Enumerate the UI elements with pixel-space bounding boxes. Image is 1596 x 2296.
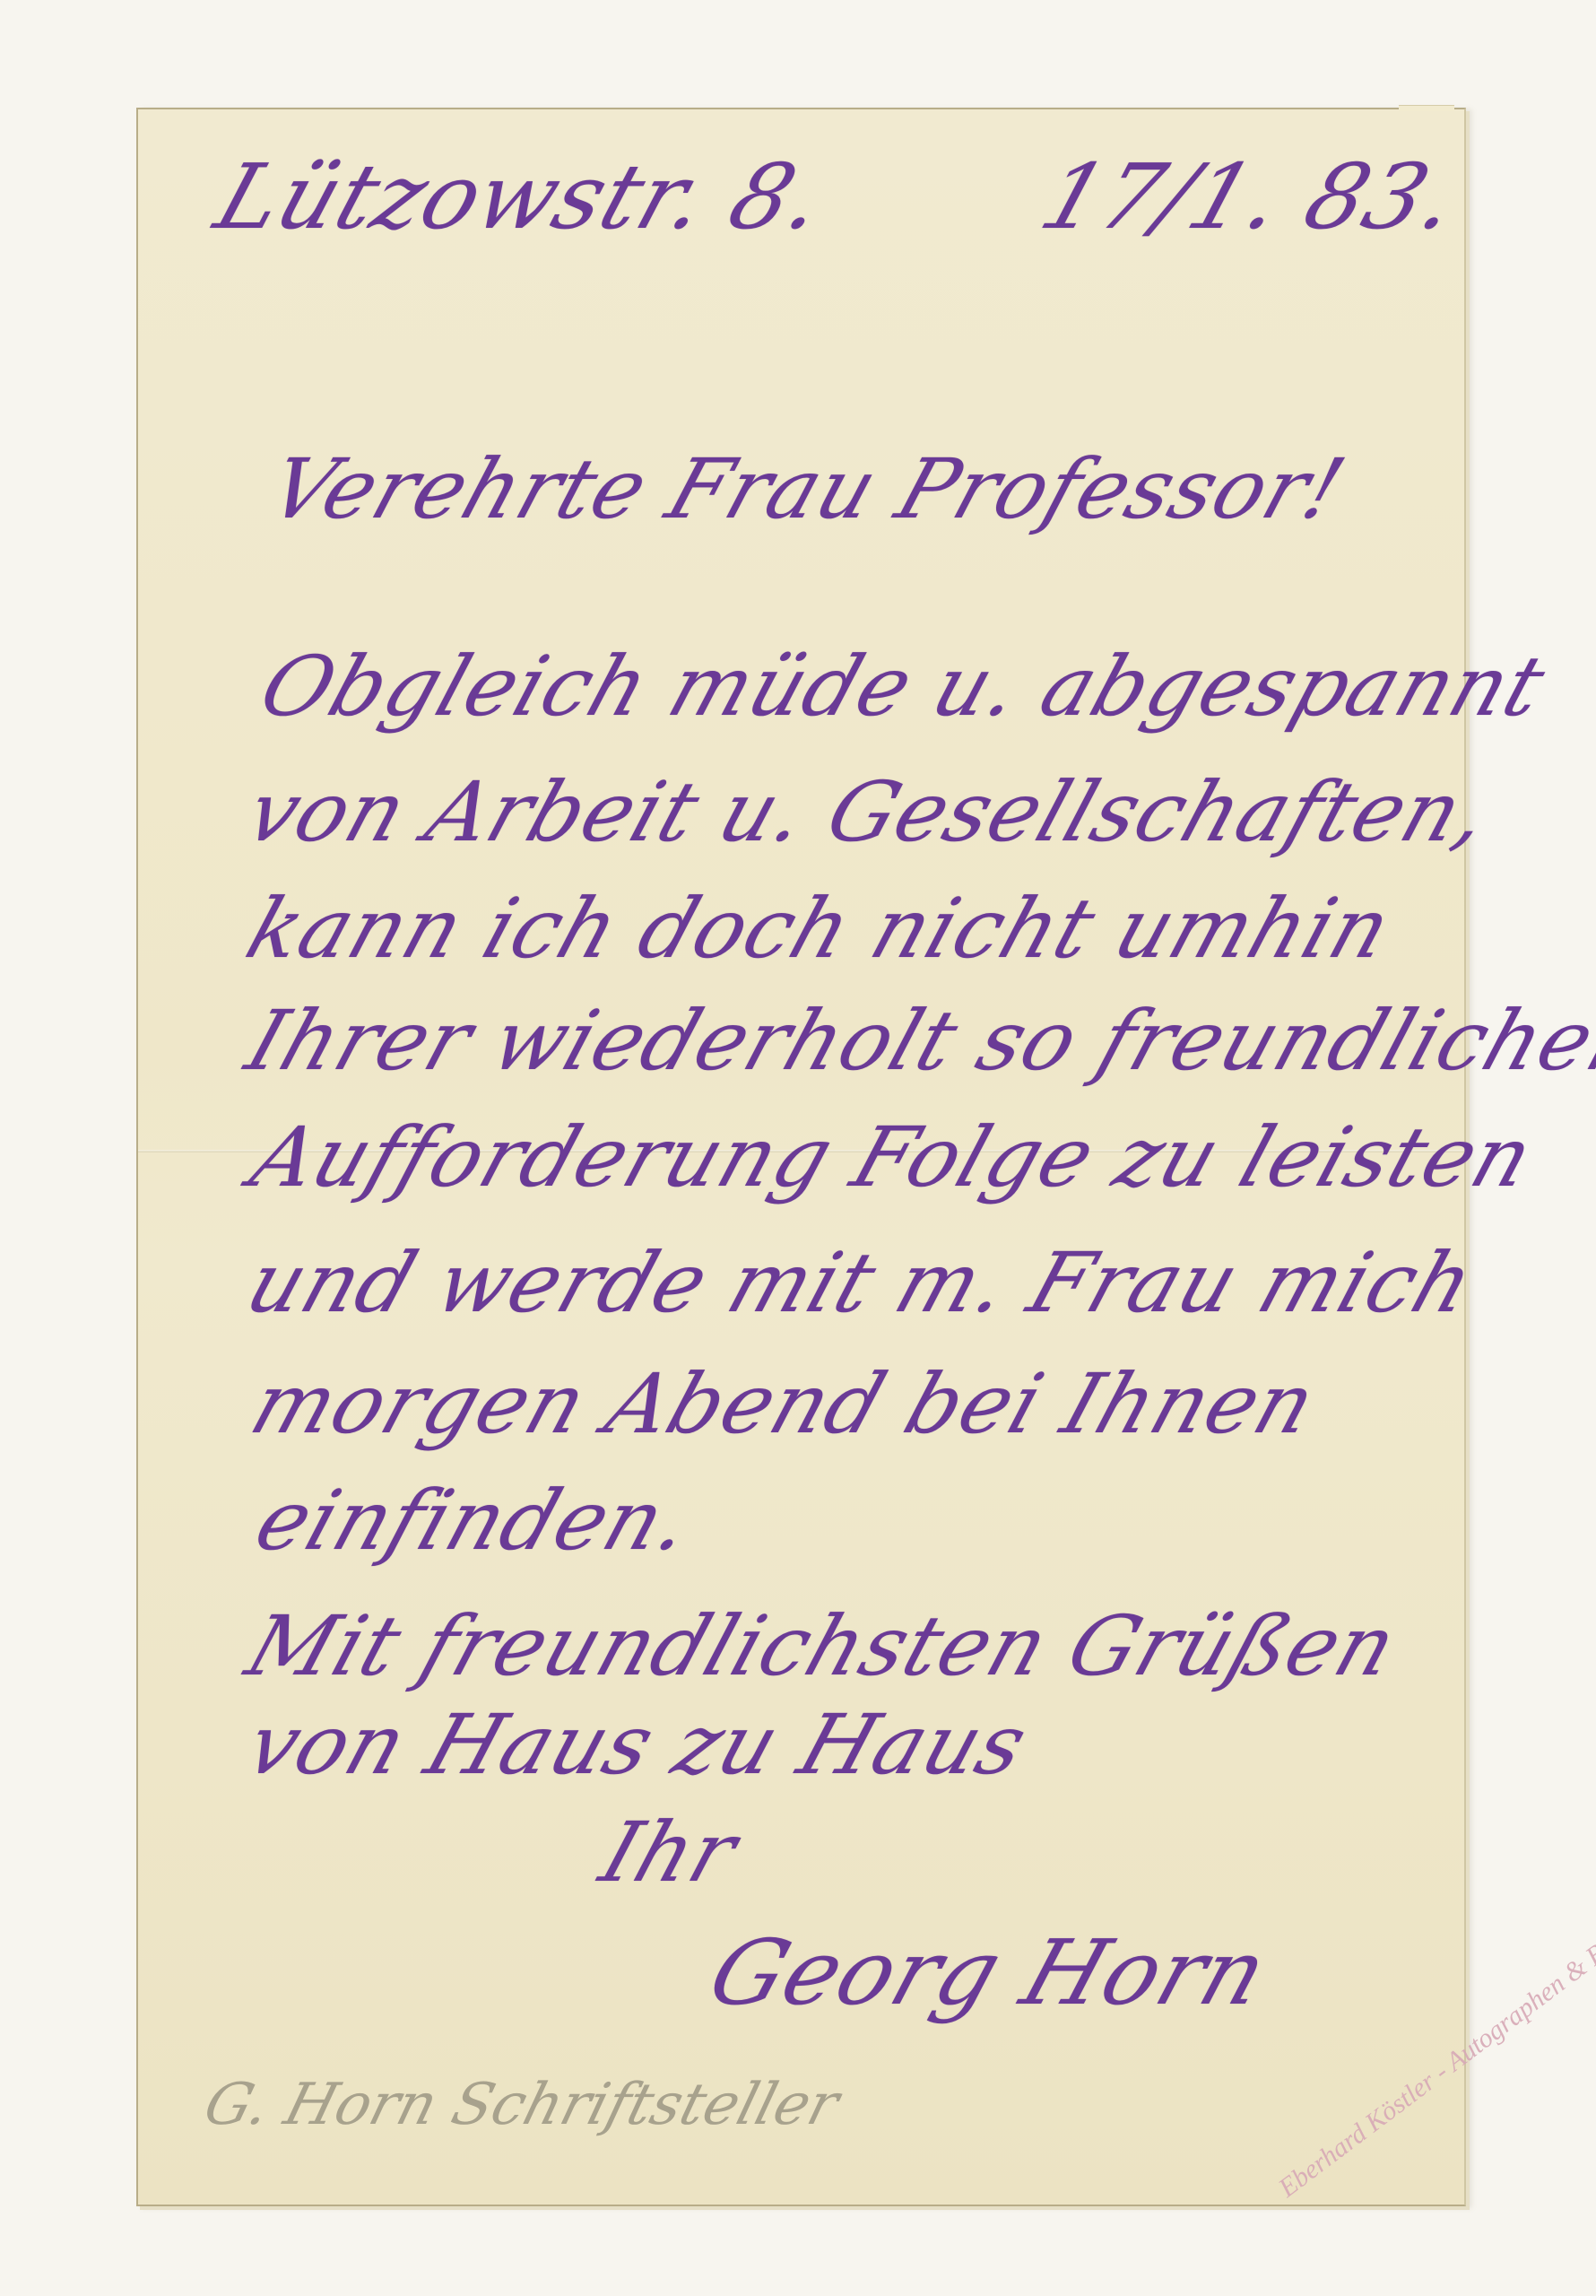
paper-fold-edge <box>1399 105 1454 111</box>
letter-date: 17/1. 83. <box>1031 152 1470 242</box>
letter-body-line: und werde mit m. Frau mich <box>238 1242 1484 1325</box>
letter-body-line: kann ich doch nicht umhin <box>238 888 1401 970</box>
letter-body-line: Obgleich müde u. abgespannt <box>251 646 1555 728</box>
pencil-annotation: G. Horn Schriftsteller <box>197 2072 846 2138</box>
letter-closing-line: von Haus zu Haus <box>238 1704 1037 1787</box>
letter-address: Lützowstr. 8. <box>206 152 836 242</box>
letter-body-line: einfinden. <box>247 1480 702 1562</box>
letter-closing-line: Mit freundlichsten Grüßen <box>238 1605 1406 1688</box>
letter-body-line: Ihrer wiederholt so freundlichen <box>238 1000 1596 1083</box>
letter-salutation: Verehrte Frau Professor! <box>260 448 1354 531</box>
letter-body-line: von Arbeit u. Gesellschaften, <box>238 771 1499 854</box>
letter-valediction: Ihr <box>592 1812 746 1894</box>
letter-body-line: Aufforderung Folge zu leisten <box>242 1117 1542 1199</box>
letter-body-line: morgen Abend bei Ihnen <box>242 1363 1325 1446</box>
letter-signature: Georg Horn <box>699 1928 1278 2018</box>
